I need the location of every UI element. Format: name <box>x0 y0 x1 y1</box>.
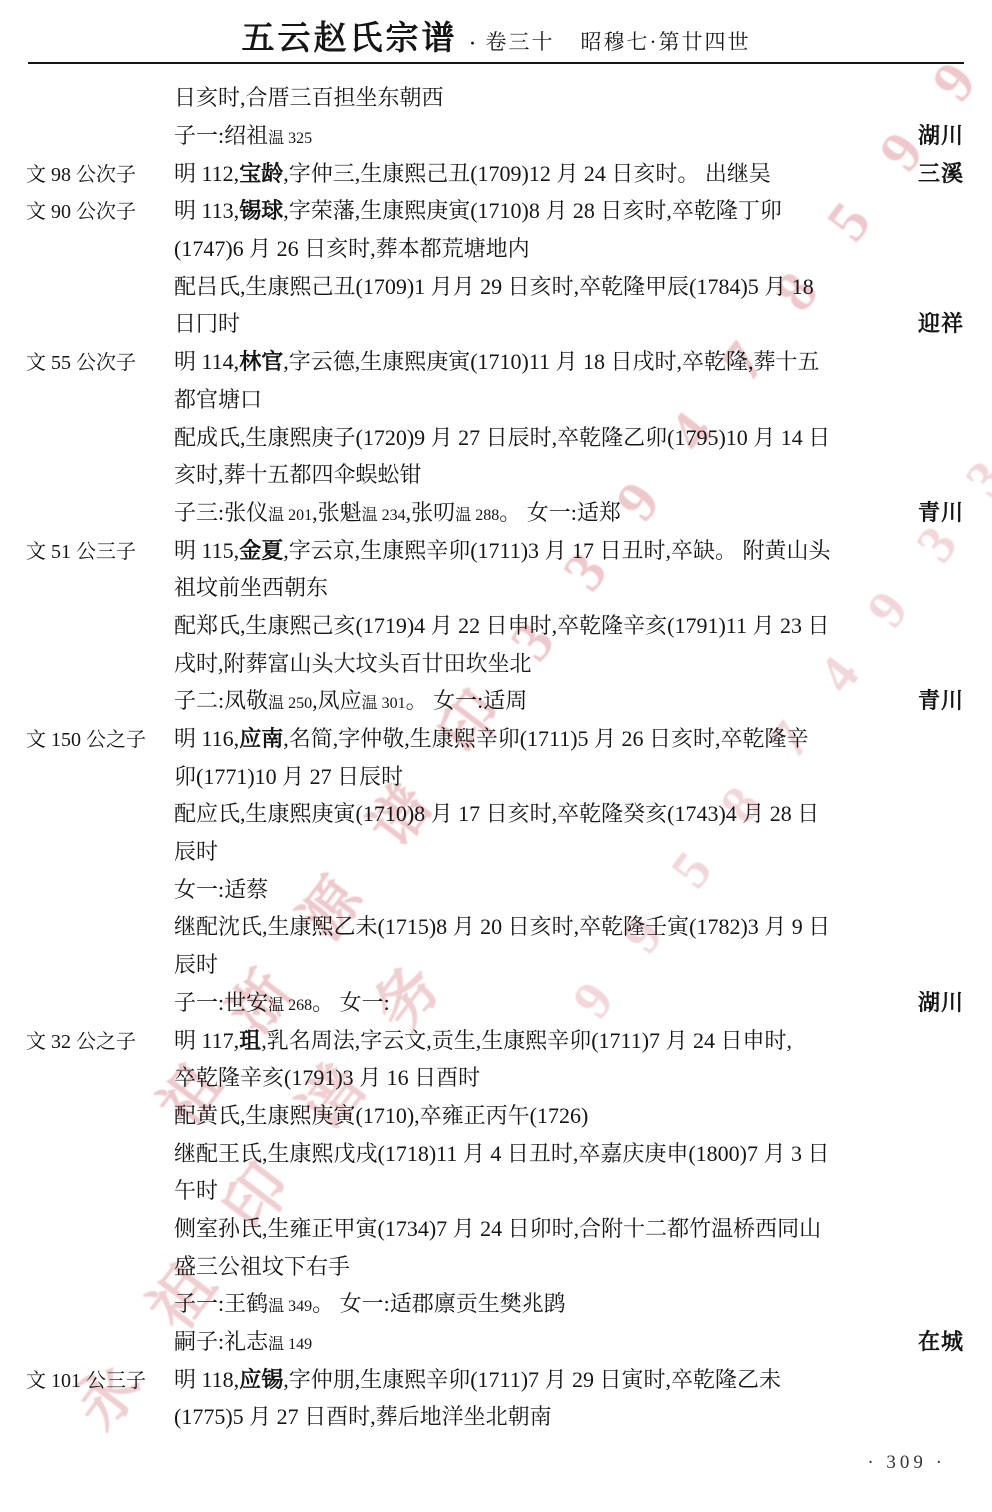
text-segment: 明 114, <box>174 349 239 374</box>
line-text: (1747)6 月 26 日亥时,葬本都荒塘地内 <box>174 232 964 263</box>
genealogy-line: 子二:凤敬温 250,凤应温 301。 女一:适周青川 <box>0 681 964 719</box>
text-segment: ,凤应 <box>312 688 362 713</box>
line-text: 明 112,宝龄,字仲三,生康熙己丑(1709)12 月 24 日亥时。 出继吴 <box>174 157 918 188</box>
text-segment: (1775)5 月 27 日酉时,葬后地洋坐北朝南 <box>174 1404 552 1429</box>
place-label: 青川 <box>918 684 964 715</box>
line-text: 都官塘口 <box>174 383 964 414</box>
place-label: 在城 <box>918 1325 964 1356</box>
genealogy-line: 日冂时迎祥 <box>0 304 964 342</box>
genealogy-line: 文 150 公之子明 116,应南,名简,字仲敬,生康熙辛卯(1711)5 月 … <box>0 719 964 757</box>
line-text: 明 117,珇,乳名周法,字云文,贡生,生康熙辛卯(1711)7 月 24 日申… <box>174 1024 964 1055</box>
genealogy-line: 辰时 <box>0 832 964 870</box>
text-segment: 配成氏,生康熙庚子(1720)9 月 27 日辰时,卒乾隆乙卯(1795)10 … <box>174 425 830 450</box>
text-segment: 子三:张仪 <box>174 500 268 525</box>
genealogy-line: 辰时 <box>0 945 964 983</box>
line-text: 卯(1771)10 月 27 日辰时 <box>174 760 964 791</box>
line-text: 继配王氏,生康熙戊戌(1718)11 月 4 日丑时,卒嘉庆庚申(1800)7 … <box>174 1137 964 1168</box>
line-text: 明 118,应锡,字仲朋,生康熙辛卯(1711)7 月 29 日寅时,卒乾隆乙未 <box>174 1363 964 1394</box>
text-segment: 卒乾隆辛亥(1791)3 月 16 日酉时 <box>174 1065 480 1090</box>
line-text: 子一:世安温 268。 女一: <box>174 986 918 1017</box>
text-segment: 明 112, <box>174 161 239 186</box>
text-segment: 亥时,葬十五都四伞蜈蚣钳 <box>174 462 422 487</box>
line-text: 明 113,锡球,字荣藩,生康熙庚寅(1710)8 月 28 日亥时,卒乾隆丁卯 <box>174 194 964 225</box>
genealogy-line: 配成氏,生康熙庚子(1720)9 月 27 日辰时,卒乾隆乙卯(1795)10 … <box>0 417 964 455</box>
text-segment: 子一:绍祖 <box>174 123 268 148</box>
line-text: 午时 <box>174 1174 964 1205</box>
line-text: 子三:张仪温 201,张魁温 234,张叨温 288。 女一:适郑 <box>174 496 918 527</box>
title-separator-dot: · <box>469 33 475 54</box>
line-text: (1775)5 月 27 日酉时,葬后地洋坐北朝南 <box>174 1400 964 1431</box>
genealogy-line: 卯(1771)10 月 27 日辰时 <box>0 756 964 794</box>
text-segment: 温 234 <box>362 507 406 524</box>
header-divider <box>28 62 964 64</box>
text-segment: 祖坟前坐西朝东 <box>174 575 328 600</box>
text-segment: ,字云德,生康熙庚寅(1710)11 月 18 日戌时,卒乾隆,葬十五 <box>283 349 819 374</box>
line-text: 卒乾隆辛亥(1791)3 月 16 日酉时 <box>174 1061 964 1092</box>
genealogy-line: (1747)6 月 26 日亥时,葬本都荒塘地内 <box>0 229 964 267</box>
text-segment: 配黄氏,生康熙庚寅(1710),卒雍正丙午(1726) <box>174 1103 588 1128</box>
genealogy-line: 子一:绍祖温 325湖川 <box>0 116 964 154</box>
margin-label: 文 55 公次子 <box>0 346 174 375</box>
text-segment: 温 250 <box>268 695 312 712</box>
genealogy-lines: 日亥时,合厝三百担坐东朝西子一:绍祖温 325湖川文 98 公次子明 112,宝… <box>0 78 964 1435</box>
genealogy-line: 午时 <box>0 1171 964 1209</box>
genealogy-line: 戌时,附葬富山头大坟头百廿田坎坐北 <box>0 643 964 681</box>
genealogy-line: 子一:王鹤温 349。 女一:适郡廪贡生樊兆鹍 <box>0 1284 964 1322</box>
text-segment: ,字仲三,生康熙己丑(1709)12 月 24 日亥时。 出继吴 <box>283 161 771 186</box>
line-text: 戌时,附葬富山头大坟头百廿田坎坐北 <box>174 647 964 678</box>
place-label: 青川 <box>918 496 964 527</box>
text-segment: 子一:王鹤 <box>174 1291 268 1316</box>
line-text: 明 116,应南,名简,字仲敬,生康熙辛卯(1711)5 月 26 日亥时,卒乾… <box>174 722 964 753</box>
line-text: 嗣子:礼志温 149 <box>174 1325 918 1356</box>
genealogy-line: 继配沈氏,生康熙乙未(1715)8 月 20 日亥时,卒乾隆壬寅(1782)3 … <box>0 907 964 945</box>
text-segment: 继配沈氏,生康熙乙未(1715)8 月 20 日亥时,卒乾隆壬寅(1782)3 … <box>174 914 830 939</box>
text-segment: 温 268 <box>268 997 312 1014</box>
genealogy-line: 都官塘口 <box>0 380 964 418</box>
text-segment: 明 118, <box>174 1367 239 1392</box>
line-text: 子一:绍祖温 325 <box>174 119 918 150</box>
place-label: 湖川 <box>918 119 964 150</box>
text-segment: 明 117, <box>174 1028 239 1053</box>
genealogy-page: 祖 浙 源 谱 印 3 3 9 4 7 8 5 9 99 9 5 8 7 4 9… <box>0 0 992 1512</box>
text-segment: (1747)6 月 26 日亥时,葬本都荒塘地内 <box>174 236 530 261</box>
text-segment: 珇 <box>239 1028 261 1053</box>
genealogy-line: 子一:世安温 268。 女一:湖川 <box>0 983 964 1021</box>
page-number: · 309 · <box>867 1452 946 1474</box>
text-segment: 侧室孙氏,生雍正甲寅(1734)7 月 24 日卯时,合附十二都竹温桥西同山 <box>174 1216 821 1241</box>
line-text: 辰时 <box>174 948 964 979</box>
text-segment: 辰时 <box>174 839 218 864</box>
genealogy-line: 女一:适蔡 <box>0 869 964 907</box>
place-label: 湖川 <box>918 986 964 1017</box>
margin-label: 文 51 公三子 <box>0 535 174 564</box>
place-label: 迎祥 <box>918 307 964 338</box>
margin-label: 文 98 公次子 <box>0 158 174 187</box>
genealogy-line: 文 32 公之子明 117,珇,乳名周法,字云文,贡生,生康熙辛卯(1711)7… <box>0 1020 964 1058</box>
text-segment: 盛三公祖坟下右手 <box>174 1254 350 1279</box>
line-text: 女一:适蔡 <box>174 873 964 904</box>
text-segment: 应锡 <box>239 1367 283 1392</box>
text-segment: ,名简,字仲敬,生康熙辛卯(1711)5 月 26 日亥时,卒乾隆辛 <box>283 726 808 751</box>
page-header: 五云赵氏宗谱 · 卷三十 昭穆七·第廿四世 <box>0 12 992 59</box>
genealogy-line: 文 51 公三子明 115,金夏,字云京,生康熙辛卯(1711)3 月 17 日… <box>0 530 964 568</box>
text-segment: 明 115, <box>174 538 239 563</box>
text-segment: 明 113, <box>174 198 239 223</box>
text-segment: 明 116, <box>174 726 239 751</box>
line-text: 亥时,葬十五都四伞蜈蚣钳 <box>174 458 964 489</box>
genealogy-line: 配应氏,生康熙庚寅(1710)8 月 17 日亥时,卒乾隆癸亥(1743)4 月… <box>0 794 964 832</box>
text-segment: 午时 <box>174 1178 218 1203</box>
text-segment: 温 301 <box>362 695 406 712</box>
text-segment: 女一:适蔡 <box>174 877 268 902</box>
line-text: 侧室孙氏,生雍正甲寅(1734)7 月 24 日卯时,合附十二都竹温桥西同山 <box>174 1212 964 1243</box>
line-text: 日亥时,合厝三百担坐东朝西 <box>174 81 964 112</box>
text-segment: 温 201 <box>268 507 312 524</box>
text-segment: 嗣子:礼志 <box>174 1329 268 1354</box>
margin-label: 文 101 公三子 <box>0 1364 174 1393</box>
text-segment: 日亥时,合厝三百担坐东朝西 <box>174 85 444 110</box>
genealogy-line: 祖坟前坐西朝东 <box>0 568 964 606</box>
genealogy-line: 文 101 公三子明 118,应锡,字仲朋,生康熙辛卯(1711)7 月 29 … <box>0 1359 964 1397</box>
genealogy-line: 文 90 公次子明 113,锡球,字荣藩,生康熙庚寅(1710)8 月 28 日… <box>0 191 964 229</box>
text-segment: 林官 <box>239 349 283 374</box>
genealogy-line: 配吕氏,生康熙己丑(1709)1 月月 29 日亥时,卒乾隆甲辰(1784)5 … <box>0 266 964 304</box>
line-text: 配成氏,生康熙庚子(1720)9 月 27 日辰时,卒乾隆乙卯(1795)10 … <box>174 421 964 452</box>
genealogy-line: 文 98 公次子明 112,宝龄,字仲三,生康熙己丑(1709)12 月 24 … <box>0 153 964 191</box>
book-title: 五云赵氏宗谱 <box>241 12 457 59</box>
text-segment: 配吕氏,生康熙己丑(1709)1 月月 29 日亥时,卒乾隆甲辰(1784)5 … <box>174 274 814 299</box>
line-text: 日冂时 <box>174 307 918 338</box>
line-text: 子二:凤敬温 250,凤应温 301。 女一:适周 <box>174 684 918 715</box>
text-segment: 金夏 <box>239 538 283 563</box>
genealogy-line: 侧室孙氏,生雍正甲寅(1734)7 月 24 日卯时,合附十二都竹温桥西同山 <box>0 1209 964 1247</box>
genealogy-line: 嗣子:礼志温 149在城 <box>0 1322 964 1360</box>
volume-title: 卷三十 <box>486 26 555 56</box>
text-segment: 都官塘口 <box>174 387 262 412</box>
text-segment: 配应氏,生康熙庚寅(1710)8 月 17 日亥时,卒乾隆癸亥(1743)4 月… <box>174 801 819 826</box>
genealogy-line: 日亥时,合厝三百担坐东朝西 <box>0 78 964 116</box>
line-text: 祖坟前坐西朝东 <box>174 571 964 602</box>
line-text: 明 114,林官,字云德,生康熙庚寅(1710)11 月 18 日戌时,卒乾隆,… <box>174 345 964 376</box>
text-segment: ,字仲朋,生康熙辛卯(1711)7 月 29 日寅时,卒乾隆乙未 <box>283 1367 781 1392</box>
line-text: 明 115,金夏,字云京,生康熙辛卯(1711)3 月 17 日丑时,卒缺。 附… <box>174 534 964 565</box>
line-text: 继配沈氏,生康熙乙未(1715)8 月 20 日亥时,卒乾隆壬寅(1782)3 … <box>174 910 964 941</box>
text-segment: 。 女一: <box>312 990 390 1015</box>
genealogy-line: 盛三公祖坟下右手 <box>0 1246 964 1284</box>
text-segment: 锡球 <box>239 198 283 223</box>
text-segment: 。 女一:适周 <box>406 688 528 713</box>
text-segment: ,字云京,生康熙辛卯(1711)3 月 17 日丑时,卒缺。 附黄山头 <box>283 538 830 563</box>
text-segment: 辰时 <box>174 952 218 977</box>
text-segment: 。 女一:适郡廪贡生樊兆鹍 <box>312 1291 566 1316</box>
margin-label: 文 32 公之子 <box>0 1025 174 1054</box>
genealogy-line: 继配王氏,生康熙戊戌(1718)11 月 4 日丑时,卒嘉庆庚申(1800)7 … <box>0 1133 964 1171</box>
text-segment: 温 288 <box>455 507 499 524</box>
text-segment: 日冂时 <box>174 311 240 336</box>
line-text: 配吕氏,生康熙己丑(1709)1 月月 29 日亥时,卒乾隆甲辰(1784)5 … <box>174 270 964 301</box>
line-text: 配郑氏,生康熙己亥(1719)4 月 22 日申时,卒乾隆辛亥(1791)11 … <box>174 609 964 640</box>
margin-label: 文 150 公之子 <box>0 723 174 752</box>
margin-label: 文 90 公次子 <box>0 195 174 224</box>
text-segment: 宝龄 <box>239 161 283 186</box>
place-label: 三溪 <box>918 157 964 188</box>
text-segment: 应南 <box>239 726 283 751</box>
text-segment: 戌时,附葬富山头大坟头百廿田坎坐北 <box>174 651 532 676</box>
text-segment: 温 349 <box>268 1298 312 1315</box>
text-segment: ,字荣藩,生康熙庚寅(1710)8 月 28 日亥时,卒乾隆丁卯 <box>283 198 782 223</box>
text-segment: 子二:凤敬 <box>174 688 268 713</box>
text-segment: ,张魁 <box>312 500 362 525</box>
genealogy-line: 亥时,葬十五都四伞蜈蚣钳 <box>0 455 964 493</box>
line-text: 子一:王鹤温 349。 女一:适郡廪贡生樊兆鹍 <box>174 1287 964 1318</box>
genealogy-line: 配郑氏,生康熙己亥(1719)4 月 22 日申时,卒乾隆辛亥(1791)11 … <box>0 606 964 644</box>
text-segment: ,乳名周法,字云文,贡生,生康熙辛卯(1711)7 月 24 日申时, <box>261 1028 792 1053</box>
section-title: 昭穆七·第廿四世 <box>581 26 751 56</box>
text-segment: 配郑氏,生康熙己亥(1719)4 月 22 日申时,卒乾隆辛亥(1791)11 … <box>174 613 830 638</box>
genealogy-line: 配黄氏,生康熙庚寅(1710),卒雍正丙午(1726) <box>0 1096 964 1134</box>
line-text: 辰时 <box>174 835 964 866</box>
text-segment: 卯(1771)10 月 27 日辰时 <box>174 764 403 789</box>
genealogy-line: 文 55 公次子明 114,林官,字云德,生康熙庚寅(1710)11 月 18 … <box>0 342 964 380</box>
line-text: 配黄氏,生康熙庚寅(1710),卒雍正丙午(1726) <box>174 1099 964 1130</box>
text-segment: 继配王氏,生康熙戊戌(1718)11 月 4 日丑时,卒嘉庆庚申(1800)7 … <box>174 1141 830 1166</box>
text-segment: 。 女一:适郑 <box>499 500 621 525</box>
line-text: 配应氏,生康熙庚寅(1710)8 月 17 日亥时,卒乾隆癸亥(1743)4 月… <box>174 797 964 828</box>
text-segment: 子一:世安 <box>174 990 268 1015</box>
text-segment: 温 325 <box>268 130 312 147</box>
text-segment: 温 149 <box>268 1336 312 1353</box>
line-text: 盛三公祖坟下右手 <box>174 1250 964 1281</box>
genealogy-line: (1775)5 月 27 日酉时,葬后地洋坐北朝南 <box>0 1397 964 1435</box>
text-segment: ,张叨 <box>406 500 456 525</box>
genealogy-line: 子三:张仪温 201,张魁温 234,张叨温 288。 女一:适郑青川 <box>0 493 964 531</box>
genealogy-line: 卒乾隆辛亥(1791)3 月 16 日酉时 <box>0 1058 964 1096</box>
